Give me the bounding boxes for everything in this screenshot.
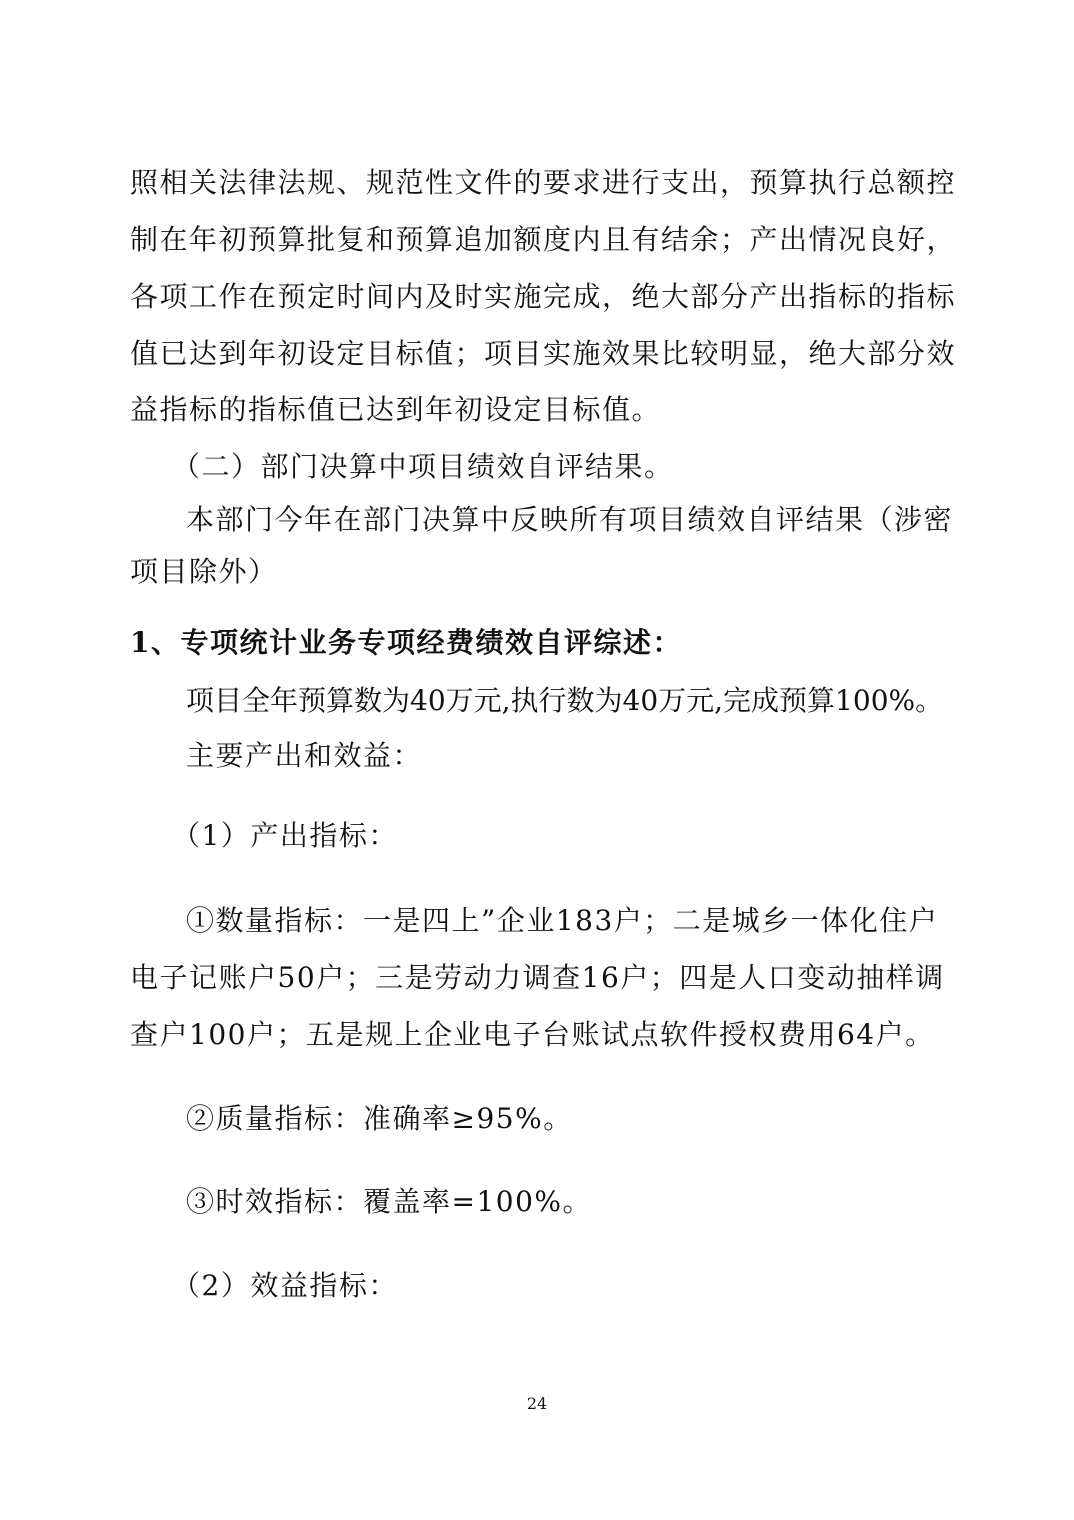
timeliness-indicator: ③时效指标：覆盖率=100%。 [186, 1184, 592, 1220]
paragraph-line: 制在年初预算批复和预算追加额度内且有结余；产出情况良好， [130, 222, 956, 258]
quantity-indicator-line: 电子记账户50户；三是劳动力调查16户；四是人口变动抽样调 [130, 960, 945, 996]
benefit-indicators-title: （2）效益指标： [172, 1268, 398, 1304]
outputs-intro: 主要产出和效益： [186, 738, 422, 774]
paragraph-line: 各项工作在预定时间内及时实施完成，绝大部分产出指标的指标 [130, 279, 956, 315]
item-heading: 1、专项统计业务专项经费绩效自评综述： [130, 625, 682, 661]
section-intro-line: 本部门今年在部门决算中反映所有项目绩效自评结果（涉密 [186, 502, 953, 538]
quantity-indicator-line: 查户100户；五是规上企业电子台账试点软件授权费用64户。 [130, 1017, 935, 1053]
section-intro-line: 项目除外） [130, 554, 278, 590]
paragraph-line: 照相关法律法规、规范性文件的要求进行支出，预算执行总额控 [130, 165, 956, 201]
paragraph-line: 值已达到年初设定目标值；项目实施效果比较明显，绝大部分效 [130, 336, 956, 372]
section-title: （二）部门决算中项目绩效自评结果。 [172, 449, 674, 485]
budget-summary: 项目全年预算数为40万元,执行数为40万元,完成预算100%。 [186, 683, 943, 719]
page-number: 24 [0, 1394, 1074, 1414]
quality-indicator: ②质量指标：准确率≥95%。 [186, 1101, 573, 1137]
quantity-indicator-line: ①数量指标：一是四上”企业183户；二是城乡一体化住户 [186, 903, 938, 939]
output-indicators-title: （1）产出指标： [172, 818, 398, 854]
paragraph-line: 益指标的指标值已达到年初设定目标值。 [130, 392, 661, 428]
